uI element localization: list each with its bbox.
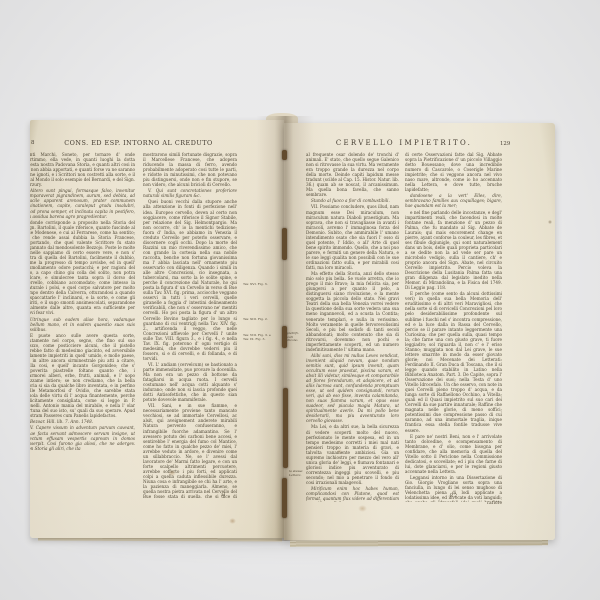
paragraph: e nel fine parlando delle incostanze, e … xyxy=(405,210,502,291)
margin-note-tav-8-9: Tav. VIII. Fig. 3. e Tav. IX. Fig. 3. xyxy=(243,334,271,341)
photo-background: 8 CONS. ED ESP. INTORNO AL CREDUTO venti… xyxy=(0,0,600,600)
paragraph: V. Qui sunt concretationes proferiore na… xyxy=(143,188,237,198)
paragraph: Alibi sani, diss mi nullus Leves vendica… xyxy=(306,353,399,424)
right-page-number: 129 xyxy=(500,141,510,147)
paragraph: mostrarono simili fortunate disgrazie, s… xyxy=(143,152,237,187)
paragraph: Quei buoni vecchi dalla stupore anche al… xyxy=(143,199,237,361)
margin-note-tav-13: Tav. XIII. Fig. 2. xyxy=(243,318,271,322)
paragraph: Ma Lei, e da altri sue, la bella sicurez… xyxy=(306,424,399,485)
paragraph: VI. L' andiam (cervelcum) se bastionato … xyxy=(143,362,237,402)
paragraph: Altero sunt pingui, formasque falso, inv… xyxy=(30,188,135,218)
paragraph: E puote anco sulle avere questa sorte, m… xyxy=(30,333,135,419)
paragraph: E perche (come sento da alcuni dottissim… xyxy=(405,291,502,432)
left-page-number-partial: 8 xyxy=(31,140,35,146)
margin-note-tav-16: Tav. XVI. Fig. 3. xyxy=(243,283,271,287)
left-column-2: mostrarono simili fortunate disgrazie, s… xyxy=(143,152,237,498)
paragraph: VII. Possiamo concludere, quos illud, na… xyxy=(306,204,399,270)
paragraph: Bezoar. Hill. lib. 7. Ann. 1748. xyxy=(30,419,135,424)
paragraph: al frequente osar dolendo de' tronchi d'… xyxy=(306,152,399,197)
paragraph: V. Capere vissum in adventum parvum cave… xyxy=(30,425,135,450)
left-column-1: venti Marchi, Soneto, per tornare d' ond… xyxy=(30,152,135,498)
paragraph: donde corrisponde a proposito nella Stor… xyxy=(30,220,135,316)
right-column-2: di certe Osservazioni fatte dal Sig. Abb… xyxy=(405,152,502,502)
left-page: 8 CONS. ED ESP. INTORNO AL CREDUTO venti… xyxy=(30,120,284,538)
left-page-header: CONS. ED ESP. INTORNO AL CREDUTO xyxy=(40,139,237,147)
right-margin-note-1: pietrifi- cati dicono. xyxy=(287,332,304,343)
right-page-header: CERVELLO IMPIETRITO. xyxy=(306,139,502,147)
paragraph: Utrinque sub eadem aliae hora, vadamque … xyxy=(30,317,135,332)
catchword-right: rariore xyxy=(405,500,502,505)
catchword-left: al xyxy=(143,492,225,497)
paragraph: dandosene a la vert' Elles, dire, sembra… xyxy=(405,193,502,208)
paragraph: venti Marchi, Soneto, per tornare d' ond… xyxy=(30,152,135,187)
paragraph: Stando al fuoco a fior di combustibili. xyxy=(306,198,399,203)
paragraph: di certe Osservazioni fatte dal Sig. Abb… xyxy=(405,152,502,192)
paragraph: E pare ne' nostri Beni, non e l' arrivol… xyxy=(405,434,502,474)
right-page: CERVELLO IMPIETRITO. 129 al frequente os… xyxy=(284,123,555,540)
paragraph: VII. Sani, e in sue fiamme, e necessaria… xyxy=(143,403,237,498)
right-column-1: al frequente osar dolendo de' tronchi d'… xyxy=(306,152,399,502)
paragraph: Mirificum enim hoc habes human, complica… xyxy=(306,486,399,502)
signature-mark: R 2 xyxy=(405,493,502,498)
right-margin-note-2: la stessa Lettera. xyxy=(289,470,306,477)
paragraph: Ma effetto della Storia, anzi dello stes… xyxy=(306,271,399,352)
